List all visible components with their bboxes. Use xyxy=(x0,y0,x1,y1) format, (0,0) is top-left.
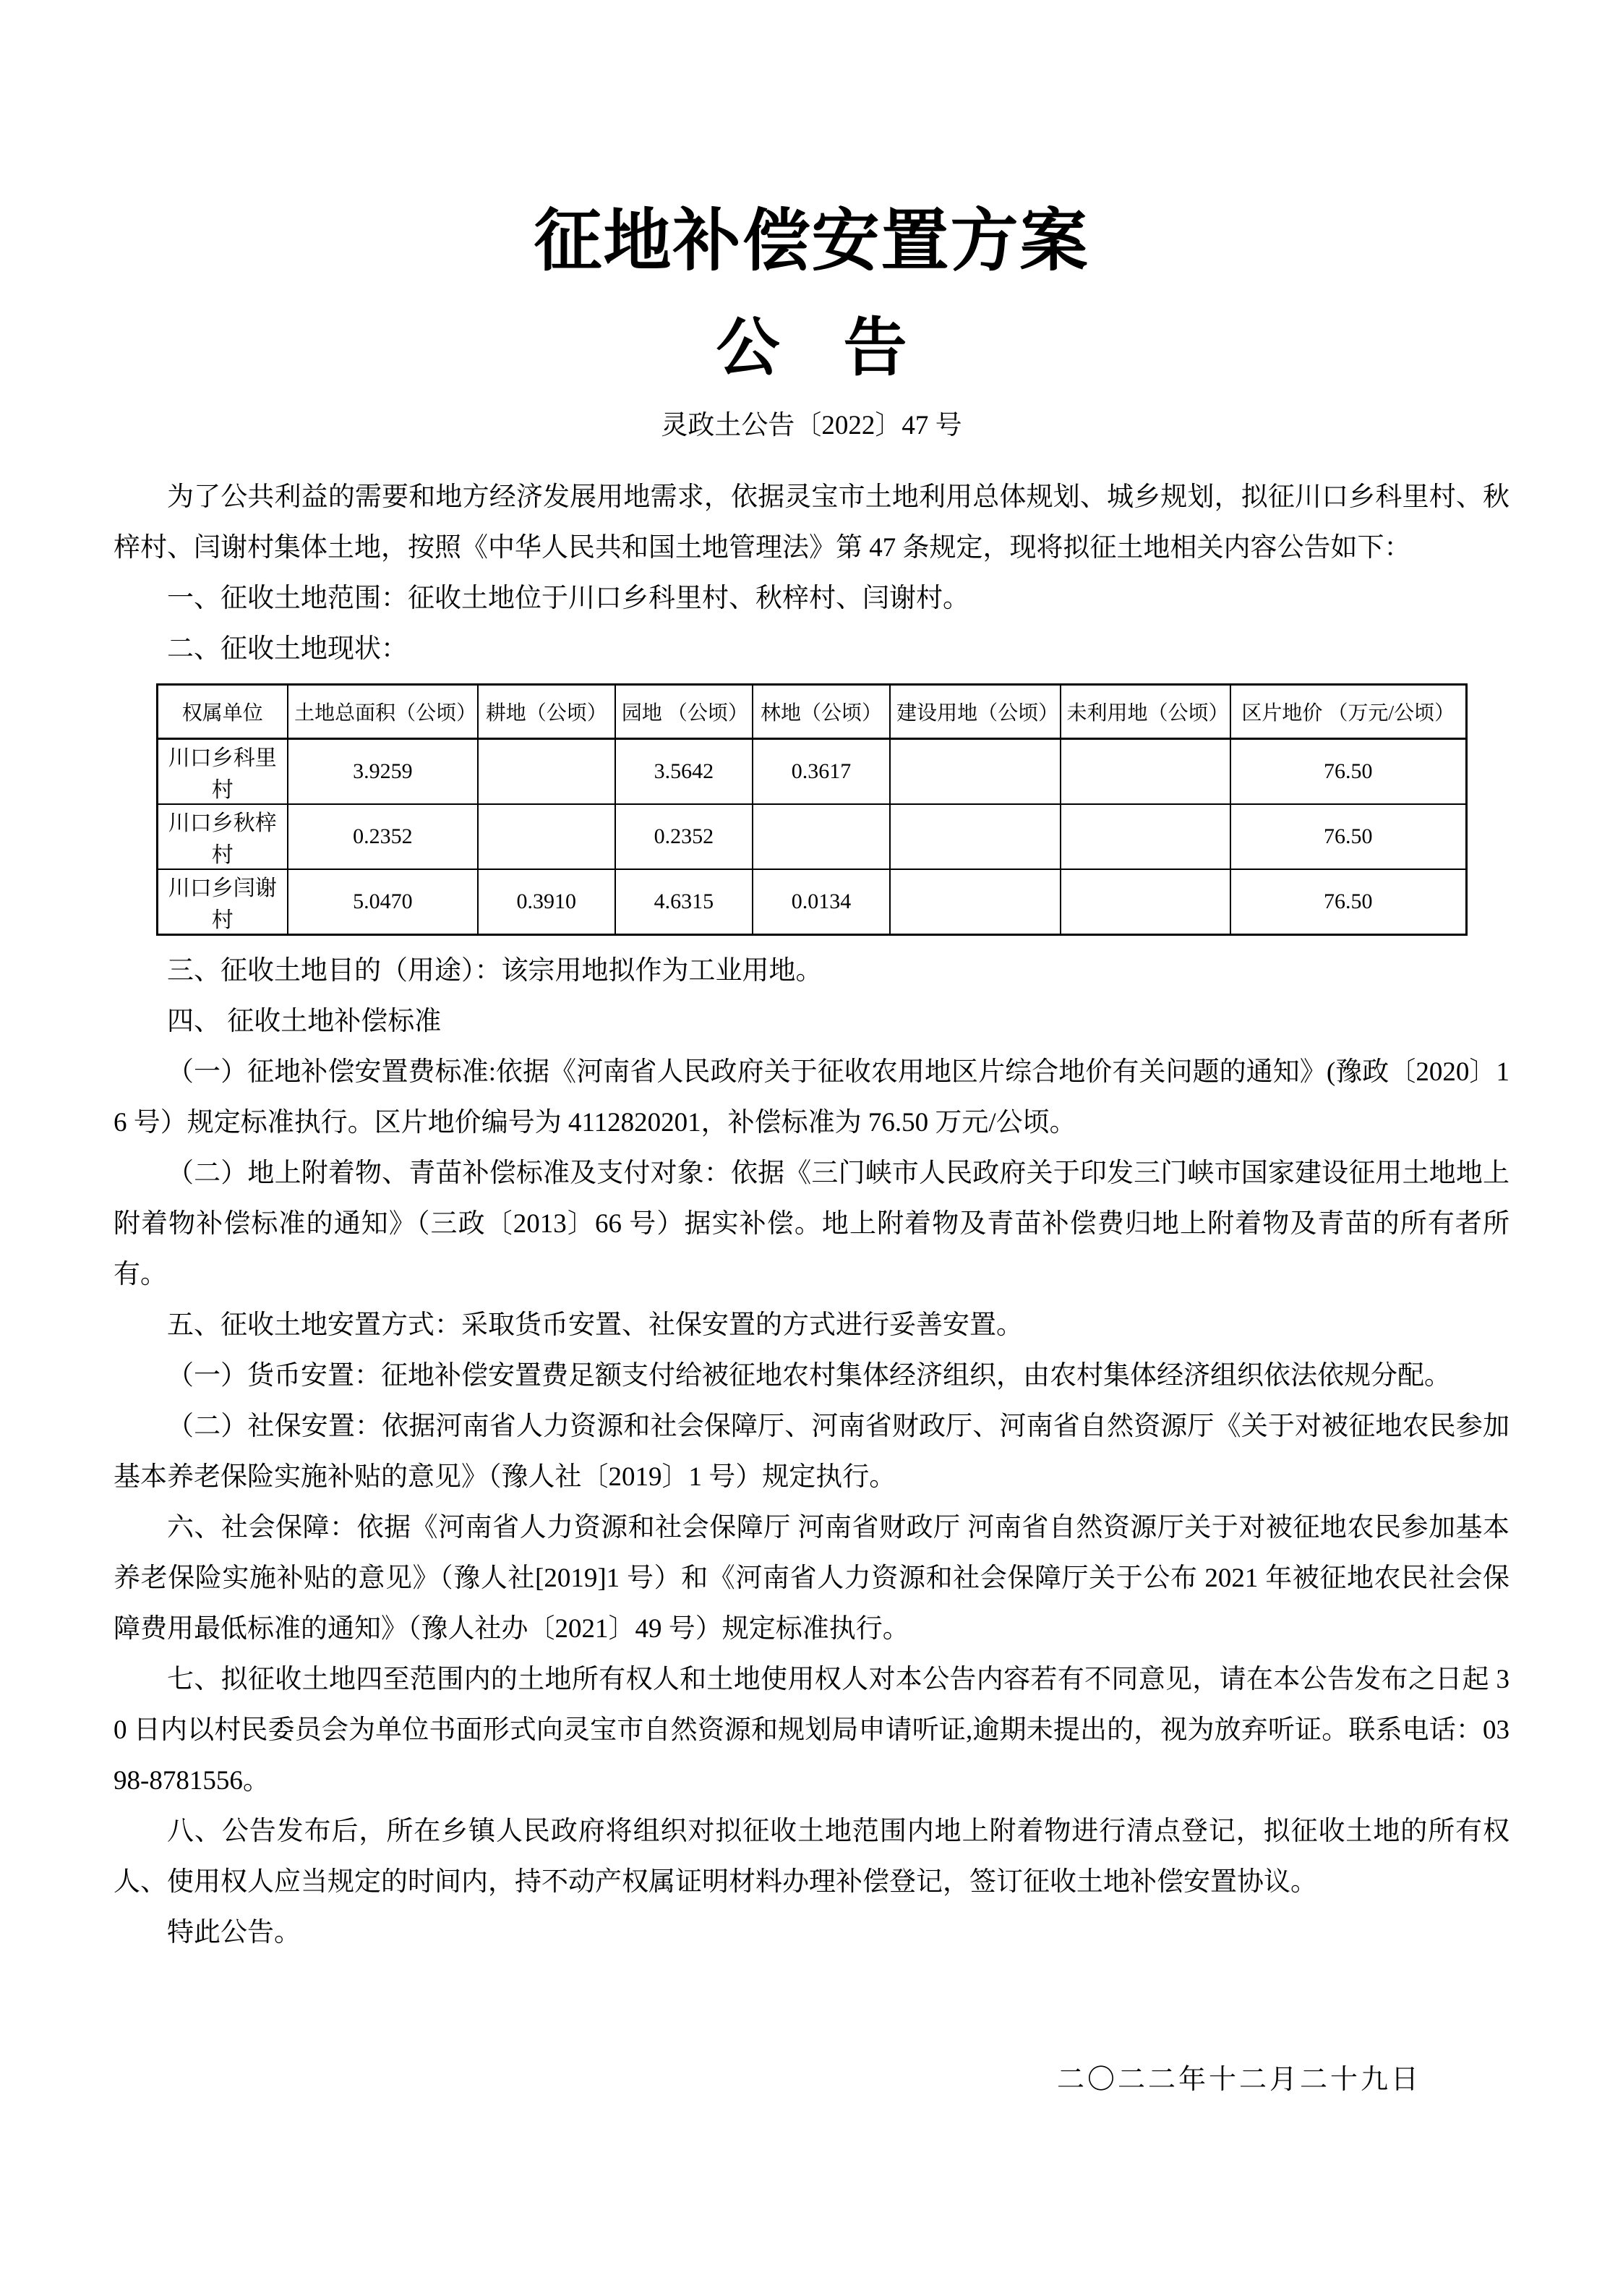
section-5-1-monetary: （一）货币安置：征地补偿安置费足额支付给被征地农村集体经济组织，由农村集体经济组… xyxy=(114,1351,1509,1401)
column-header-total-area: 土地总面积（公顷） xyxy=(288,684,478,738)
document-subtitle: 公 告 xyxy=(114,316,1509,383)
table-cell: 5.0470 xyxy=(288,869,478,935)
column-header-garden-land: 园地 （公顷） xyxy=(615,684,753,738)
table-cell xyxy=(1061,869,1230,935)
intro-paragraph: 为了公共利益的需要和地方经济发展用地需求，依据灵宝市土地利用总体规划、城乡规划，… xyxy=(114,472,1509,573)
section-3-purpose: 三、征收土地目的（用途）：该宗用地拟作为工业用地。 xyxy=(114,946,1509,997)
table-row: 川口乡科里村 3.9259 3.5642 0.3617 76.50 xyxy=(157,738,1466,804)
section-5-2-social-insurance: （二）社保安置：依据河南省人力资源和社会保障厅、河南省财政厅、河南省自然资源厅《… xyxy=(114,1401,1509,1503)
table-cell xyxy=(1061,804,1230,869)
table-cell: 0.2352 xyxy=(615,804,753,869)
column-header-owner-unit: 权属单位 xyxy=(157,684,288,738)
table-header-row: 权属单位 土地总面积（公顷） 耕地（公顷） 园地 （公顷） 林地（公顷） 建设用… xyxy=(157,684,1466,738)
section-8-registration: 八、公告发布后，所在乡镇人民政府将组织对拟征收土地范围内地上附着物进行清点登记，… xyxy=(114,1806,1509,1908)
land-status-table: 权属单位 土地总面积（公顷） 耕地（公顷） 园地 （公顷） 林地（公顷） 建设用… xyxy=(156,683,1468,936)
section-1-land-scope: 一、征收土地范围：征收土地位于川口乡科里村、秋梓村、闫谢村。 xyxy=(114,573,1509,624)
section-6-social-security: 六、社会保障：依据《河南省人力资源和社会保障厅 河南省财政厅 河南省自然资源厅关… xyxy=(114,1503,1509,1655)
table-cell: 0.3617 xyxy=(753,738,890,804)
document-number: 灵政土公告〔2022〕47 号 xyxy=(114,409,1509,442)
table-cell: 4.6315 xyxy=(615,869,753,935)
section-4-compensation-standard: 四、 征收土地补偿标准 xyxy=(114,997,1509,1047)
sections-block: 三、征收土地目的（用途）：该宗用地拟作为工业用地。 四、 征收土地补偿标准 （一… xyxy=(114,946,1509,1958)
column-header-construction-land: 建设用地（公顷） xyxy=(890,684,1060,738)
table-row: 川口乡秋梓村 0.2352 0.2352 76.50 xyxy=(157,804,1466,869)
table-cell: 76.50 xyxy=(1230,869,1466,935)
section-2-land-status: 二、征收土地现状： xyxy=(114,624,1509,675)
column-header-forest-land: 林地（公顷） xyxy=(753,684,890,738)
table-cell: 0.3910 xyxy=(478,869,615,935)
table-cell: 76.50 xyxy=(1230,738,1466,804)
table-cell: 川口乡闫谢村 xyxy=(157,869,288,935)
table-cell xyxy=(753,804,890,869)
section-4-2-attachments: （二）地上附着物、青苗补偿标准及支付对象：依据《三门峡市人民政府关于印发三门峡市… xyxy=(114,1148,1509,1300)
document-title: 征地补偿安置方案 xyxy=(114,204,1509,280)
announcement-page: 征地补偿安置方案 公 告 灵政土公告〔2022〕47 号 为了公共利益的需要和地… xyxy=(0,0,1623,2296)
table-cell xyxy=(1061,738,1230,804)
issue-date: 二〇二二年十二月二十九日 xyxy=(114,2063,1509,2096)
table-cell: 3.9259 xyxy=(288,738,478,804)
column-header-unused-land: 未利用地（公顷） xyxy=(1061,684,1230,738)
section-7-objection: 七、拟征收土地四至范围内的土地所有权人和土地使用权人对本公告内容若有不同意见，请… xyxy=(114,1655,1509,1806)
table-row: 川口乡闫谢村 5.0470 0.3910 4.6315 0.0134 76.50 xyxy=(157,869,1466,935)
table-cell: 3.5642 xyxy=(615,738,753,804)
table-cell: 76.50 xyxy=(1230,804,1466,869)
column-header-district-price: 区片地价 （万元/公顷） xyxy=(1230,684,1466,738)
table-cell: 0.2352 xyxy=(288,804,478,869)
table-cell xyxy=(890,738,1060,804)
table-cell xyxy=(478,804,615,869)
section-4-1-resettlement-fee: （一）征地补偿安置费标准:依据《河南省人民政府关于征收农用地区片综合地价有关问题… xyxy=(114,1047,1509,1148)
intro-block: 为了公共利益的需要和地方经济发展用地需求，依据灵宝市土地利用总体规划、城乡规划，… xyxy=(114,472,1509,675)
table-cell: 川口乡科里村 xyxy=(157,738,288,804)
table-cell xyxy=(478,738,615,804)
column-header-cultivated-land: 耕地（公顷） xyxy=(478,684,615,738)
table-cell: 川口乡秋梓村 xyxy=(157,804,288,869)
table-cell xyxy=(890,804,1060,869)
table-cell xyxy=(890,869,1060,935)
section-5-resettlement-method: 五、征收土地安置方式：采取货币安置、社保安置的方式进行妥善安置。 xyxy=(114,1300,1509,1351)
table-cell: 0.0134 xyxy=(753,869,890,935)
closing-statement: 特此公告。 xyxy=(114,1908,1509,1958)
